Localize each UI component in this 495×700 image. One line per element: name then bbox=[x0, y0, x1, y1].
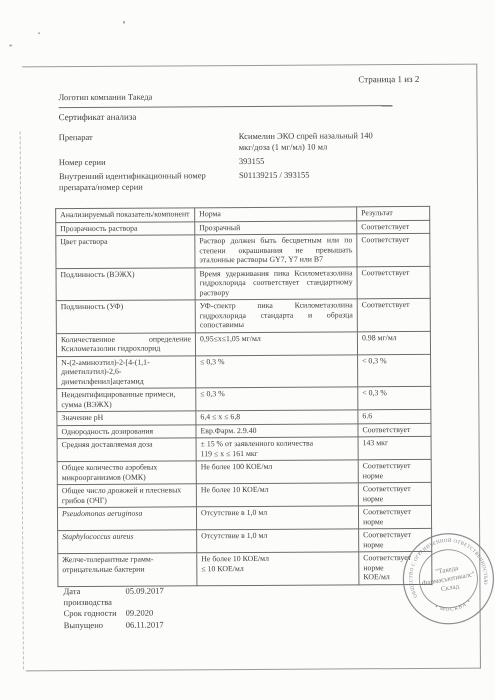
result-cell: Соответствует норме bbox=[358, 459, 431, 482]
scan-speck bbox=[38, 32, 40, 34]
parameter-cell: Подлинность (ВЭЖХ) bbox=[56, 267, 195, 300]
field-label: Выпущено bbox=[64, 619, 126, 631]
parameter-cell: Желче-толерантные грамм-отрицательные ба… bbox=[58, 553, 197, 586]
company-logo-placeholder: Логотип компании Такеда bbox=[58, 92, 152, 103]
norm-cell: Не более 10 КОЕ/мл bbox=[196, 483, 358, 507]
norm-cell: Прозрачный bbox=[195, 220, 357, 234]
field-label: Препарат bbox=[59, 131, 239, 154]
norm-cell: Не более 10 КОЕ/мл ≤ 10 КОЕ/мл bbox=[197, 552, 359, 585]
company-round-stamp: ОБЩЕСТВО С ОГРАНИЧЕННОЙ ОТВЕТСТВЕННОСТЬЮ… bbox=[391, 520, 495, 639]
parameter-cell: Общее число дрожжей и плесневых грибов (… bbox=[57, 484, 196, 508]
parameter-cell: Средняя доставляемая доза bbox=[57, 438, 196, 462]
field-label: Срок годности bbox=[64, 608, 126, 620]
table-row: Pseudomonas aeruginosa Отсутствие в 1,0 … bbox=[57, 505, 431, 530]
field-value: Ксимелин ЭКО спрей назальный 140 мкг/доз… bbox=[239, 130, 389, 153]
table-row: Количественное определение Ксилометазоли… bbox=[56, 331, 430, 356]
field-value: S01139215 / 393155 bbox=[239, 169, 389, 192]
field-value: 393155 bbox=[239, 155, 389, 167]
info-row-internal-id: Внутренний идентификационный номер препа… bbox=[59, 169, 389, 193]
table-row: Подлинность (ВЭЖХ) Время удерживания пик… bbox=[56, 266, 430, 301]
result-cell: Соответствует норме bbox=[358, 482, 431, 505]
table-row: Неидентифицированные примеси, сумма (ВЭЖ… bbox=[57, 386, 431, 411]
norm-cell: Отсутствие в 1,0 мл bbox=[197, 529, 359, 553]
product-info: Препарат Ксимелин ЭКО спрей назальный 14… bbox=[59, 130, 389, 195]
result-cell: Соответствует bbox=[357, 298, 430, 331]
table-row: Цвет раствора Раствор должен быть бесцве… bbox=[56, 233, 430, 268]
norm-cell: Время удерживания пика Ксилометазолина г… bbox=[195, 266, 357, 299]
result-cell: 143 мкг bbox=[358, 436, 431, 459]
document-title: Сертификат анализа bbox=[59, 112, 137, 122]
manufacture-dates: Дата производства 05.09.2017 Срок годнос… bbox=[63, 586, 164, 631]
result-cell: < 0,3 % bbox=[358, 386, 431, 409]
parameter-cell: Pseudomonas aeruginosa bbox=[57, 507, 196, 531]
result-cell: 0.98 мг/мл bbox=[357, 331, 430, 354]
norm-cell: Раствор должен быть бесцветным или по ст… bbox=[195, 234, 357, 267]
column-header-result: Результат bbox=[357, 206, 430, 220]
date-row-production: Дата производства 05.09.2017 bbox=[63, 586, 163, 609]
result-cell: Соответствует bbox=[357, 233, 430, 266]
field-label: Внутренний идентификационный номер препа… bbox=[59, 170, 239, 193]
analysis-results-table: Анализируемый показатель/компонент Норма… bbox=[55, 206, 432, 587]
result-cell: Соответствует bbox=[357, 220, 430, 234]
table-row: Staphylococcus aureus Отсутствие в 1,0 м… bbox=[58, 528, 432, 553]
parameter-cell: Однородность дозирования bbox=[57, 424, 196, 438]
info-row-preparation: Препарат Ксимелин ЭКО спрей назальный 14… bbox=[59, 130, 389, 154]
scan-speck bbox=[123, 21, 125, 24]
page-number: Страница 1 из 2 bbox=[358, 74, 419, 84]
parameter-cell: Цвет раствора bbox=[56, 235, 195, 268]
norm-cell: 0,95≤x≤1,05 мг/мл bbox=[195, 331, 357, 355]
column-header-parameter: Анализируемый показатель/компонент bbox=[56, 208, 195, 222]
field-value: 05.09.2017 bbox=[125, 586, 163, 609]
column-header-norm: Норма bbox=[195, 207, 357, 221]
table-row: Общее число дрожжей и плесневых грибов (… bbox=[57, 482, 431, 507]
parameter-cell: Прозрачность раствора bbox=[56, 221, 195, 235]
table-row: Средняя доставляемая доза ± 15 % от заяв… bbox=[57, 436, 431, 461]
field-label: Номер серии bbox=[59, 156, 239, 168]
norm-cell: Евр.Фарм. 2.9.40 bbox=[196, 423, 358, 437]
norm-cell: ≤ 0,3 % bbox=[196, 354, 358, 387]
table-row: Желче-толерантные грамм-отрицательные ба… bbox=[58, 551, 432, 586]
info-row-batch-number: Номер серии 393155 bbox=[59, 155, 389, 168]
table-row: N-(2-аминоэтил)-2-[4-(1,1-диметилэтил)-2… bbox=[57, 354, 431, 389]
table-row: Подлинность (УФ) УФ-спектр пика Ксиломет… bbox=[56, 298, 430, 333]
result-cell: Соответствует bbox=[358, 423, 431, 437]
parameter-cell: Количественное определение Ксилометазоли… bbox=[56, 332, 195, 356]
parameter-cell: Общее количество аэробных микроорганизмо… bbox=[57, 461, 196, 485]
scan-speck bbox=[9, 44, 12, 46]
parameter-cell: Staphylococcus aureus bbox=[58, 530, 197, 554]
norm-cell: Не более 100 КОЕ/мл bbox=[196, 460, 358, 484]
norm-cell: Отсутствие в 1,0 мл bbox=[196, 506, 358, 530]
norm-cell: ≤ 0,3 % bbox=[196, 387, 358, 411]
parameter-cell: Подлинность (УФ) bbox=[56, 300, 195, 333]
norm-cell: 6,4 ≤ x ≤ 6,8 bbox=[196, 410, 358, 424]
field-value: 06.11.2017 bbox=[126, 619, 164, 630]
parameter-cell: Значение pH bbox=[57, 411, 196, 425]
norm-cell: ± 15 % от заявленного количества 119 ≤ x… bbox=[196, 437, 358, 461]
parameter-cell: N-(2-аминоэтил)-2-[4-(1,1-диметилэтил)-2… bbox=[57, 355, 196, 388]
date-row-released: Выпущено 06.11.2017 bbox=[64, 619, 164, 631]
field-label: Дата производства bbox=[63, 586, 125, 609]
scanned-page: Страница 1 из 2 Логотип компании Такеда … bbox=[0, 0, 495, 700]
stamp-arc-bottom-text: • МОСКВА • bbox=[433, 597, 474, 615]
norm-cell: УФ-спектр пика Ксилометазолина гидрохлор… bbox=[195, 299, 357, 332]
parameter-cell: Неидентифицированные примеси, сумма (ВЭЖ… bbox=[57, 388, 196, 412]
result-cell: Соответствует bbox=[357, 266, 430, 299]
result-cell: 6.6 bbox=[358, 409, 431, 423]
table-row: Общее количество аэробных микроорганизмо… bbox=[57, 459, 431, 484]
certificate-of-analysis-scan: Страница 1 из 2 Логотип компании Такеда … bbox=[0, 0, 495, 700]
result-cell: < 0,3 % bbox=[358, 354, 431, 387]
svg-text:• МОСКВА •: • МОСКВА • bbox=[433, 597, 474, 615]
date-row-expiry: Срок годности 09.2020 bbox=[64, 608, 164, 620]
field-value: 09.2020 bbox=[126, 608, 164, 619]
